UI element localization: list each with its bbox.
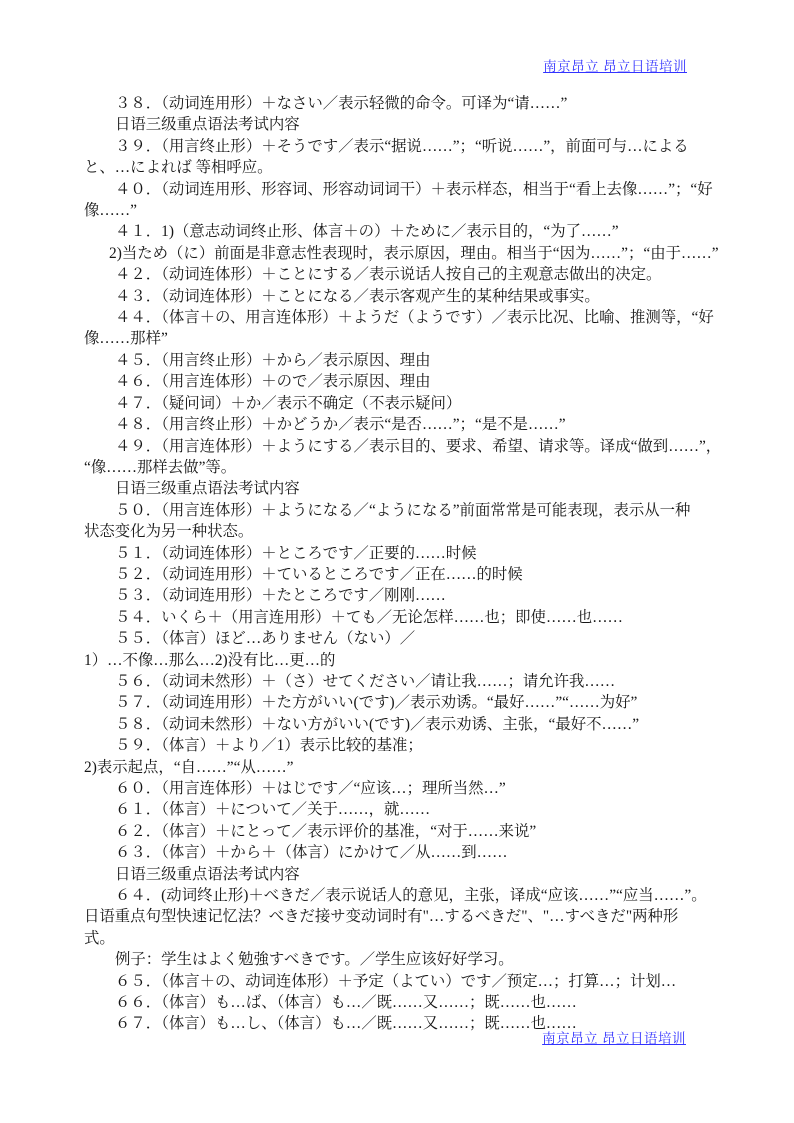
text-line: “像……那样去做”等。 [84,457,744,478]
text-line: ６２．（体言）＋にとって／表示评价的基准，“对于……来说” [84,821,744,842]
text-line: 像……那样” [84,328,744,349]
text-line: 像……” [84,200,744,221]
text-line: ６４．(动词终止形)＋べきだ／表示说话人的意见，主张，译成“应该……”“应当……… [84,885,744,906]
text-line: ４４．（体言＋の、用言连体形）＋ようだ（ようです）／表示比况、比喻、推测等，“好 [84,307,744,328]
text-line: 日语三级重点语法考试内容 [84,114,744,135]
text-line: ６０．（用言连体形）＋はじです／“应该…；理所当然…” [84,778,744,799]
text-line: 例子：学生はよく勉強すべきです。／学生应该好好学习。 [84,949,744,970]
footer-link[interactable]: 南京昂立 昂立日语培训 [542,1031,686,1046]
text-line: ４７．（疑问词）＋か／表示不确定（不表示疑问） [84,393,744,414]
text-line: ５９．（体言）＋より／1）表示比较的基准； [84,735,744,756]
text-line: ３８．（动词连用形）＋なさい／表示轻微的命令。可译为“请……” [84,93,744,114]
text-line: ５２．（动词连用形）＋ているところです／正在……的时候 [84,564,744,585]
text-line: 日语三级重点语法考试内容 [84,864,744,885]
text-line: ５５．（体言）ほど…ありません（ない）／ [84,628,744,649]
text-line: ３９．（用言终止形）＋そうです／表示“据说……”；“听说……”，前面可与…による [84,136,744,157]
text-line: ４３．（动词连体形）＋ことになる／表示客观产生的某种结果或事实。 [84,286,744,307]
text-line: ４２．（动词连体形）＋ことにする／表示说话人按自己的主观意志做出的决定。 [84,264,744,285]
text-line: ５０．（用言连体形）＋ようになる／“ようになる”前面常常是可能表现，表示从一种 [84,500,744,521]
text-line: 2)当ため（に）前面是非意志性表现时，表示原因，理由。相当于“因为……”；“由于… [84,243,744,264]
page-header: 南京昂立 昂立日语培训 [543,55,687,75]
text-line: と、…によれば 等相呼应。 [84,157,744,178]
text-line: 2)表示起点，“自……”“从……” [84,757,744,778]
text-line: ４９．（用言连体形）＋ようにする／表示目的、要求、希望、请求等。译成“做到……”… [84,436,744,457]
document-body: ３８．（动词连用形）＋なさい／表示轻微的命令。可译为“请……” 日语三级重点语法… [84,93,744,1035]
text-line: ５１．（动词连体形）＋ところです／正要的……时候 [84,543,744,564]
text-line: ４６．（用言连体形）＋ので／表示原因、理由 [84,371,744,392]
text-line: 状态变化为另一种状态。 [84,521,744,542]
text-line: ４０．（动词连用形、形容词、形容动词词干）＋表示样态，相当于“看上去像……”；“… [84,179,744,200]
header-link[interactable]: 南京昂立 昂立日语培训 [543,59,687,74]
text-line: ６６．（体言）も…ば、（体言）も…／既……又……；既……也…… [84,992,744,1013]
text-line: ４５．（用言终止形）＋から／表示原因、理由 [84,350,744,371]
text-line: ５７．（动词连用形）＋た方がいい(です)／表示劝诱。“最好……”“……为好” [84,692,744,713]
text-line: 1）…不像…那么…2)没有比…更…的 [84,650,744,671]
text-line: 日语三级重点语法考试内容 [84,478,744,499]
text-line: ４８．（用言终止形）＋かどうか／表示“是否……”；“是不是……” [84,414,744,435]
text-line: ５４．いくら＋（用言连用形）＋ても／无论怎样……也；即使……也…… [84,607,744,628]
page-footer: 南京昂立 昂立日语培训 [542,1027,686,1047]
text-line: ５８．（动词未然形）＋ない方がいい(です)／表示劝诱、主张，“最好不……” [84,714,744,735]
text-line: ５６．（动词未然形）＋（さ）せてください／请让我……；请允许我…… [84,671,744,692]
text-line: ６１．（体言）＋について／关于……，就…… [84,799,744,820]
text-line: ６５．（体言＋の、动词连体形）＋予定（よてい）です／预定…；打算…；计划… [84,971,744,992]
text-line: 式。 [84,928,744,949]
text-line: ６３．（体言）＋から＋（体言）にかけて／从……到…… [84,842,744,863]
text-line: 日语重点句型快速记忆法？べきだ接サ变动词时有"…するべきだ"、"…すべきだ"两种… [84,906,744,927]
document-page: 南京昂立 昂立日语培训 ３８．（动词连用形）＋なさい／表示轻微的命令。可译为“请… [0,0,794,1123]
text-line: ５３．（动词连用形）＋たところです／刚刚…… [84,585,744,606]
text-line: ４１．1)（意志动词终止形、体言＋の）＋ために／表示目的，“为了……” [84,221,744,242]
